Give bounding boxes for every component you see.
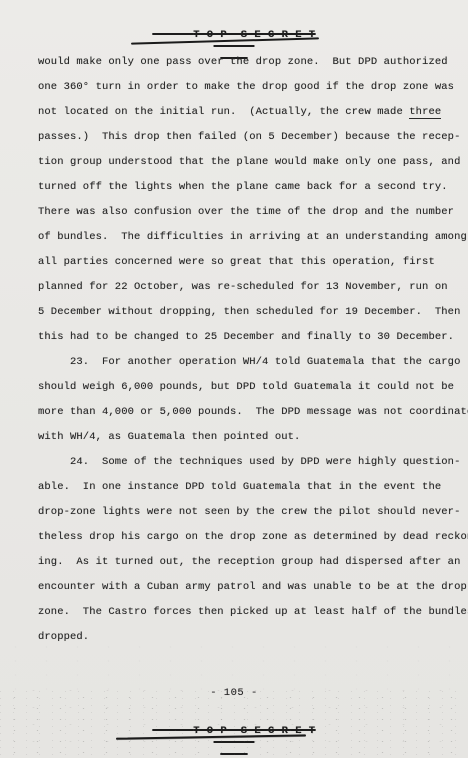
text-segment: more than 4,000 or 5,000 pounds. The DPD… <box>38 406 468 418</box>
text-segment: encounter with a Cuban army patrol and w… <box>38 581 467 593</box>
text-line: more than 4,000 or 5,000 pounds. The DPD… <box>38 400 468 425</box>
text-line: should weigh 6,000 pounds, but DPD told … <box>38 375 468 400</box>
text-line: one 360° turn in order to make the drop … <box>38 75 468 100</box>
text-line: 24. Some of the techniques used by DPD w… <box>38 450 468 475</box>
text-segment: tion group understood that the plane wou… <box>38 156 460 168</box>
text-line: able. In one instance DPD told Guatemala… <box>38 475 468 500</box>
text-segment: not located on the initial run. (Actuall… <box>38 106 409 118</box>
text-line: drop-zone lights were not seen by the cr… <box>38 500 468 525</box>
text-segment: 24. Some of the techniques used by DPD w… <box>38 456 460 468</box>
text-segment: drop-zone lights were not seen by the cr… <box>38 506 460 518</box>
text-line: not located on the initial run. (Actuall… <box>38 100 468 125</box>
text-line: dropped. <box>38 625 468 650</box>
text-segment: There was also confusion over the time o… <box>38 206 454 218</box>
text-segment: this had to be changed to 25 December an… <box>38 331 454 343</box>
text-line: turned off the lights when the plane cam… <box>38 175 468 200</box>
text-line: planned for 22 October, was re-scheduled… <box>38 275 468 300</box>
text-segment: planned for 22 October, was re-scheduled… <box>38 281 448 293</box>
text-line: ing. As it turned out, the reception gro… <box>38 550 468 575</box>
text-line: all parties concerned were so great that… <box>38 250 468 275</box>
text-line: theless drop his cargo on the drop zone … <box>38 525 468 550</box>
top-secret-stamp-bottom: T O P S E C R E T <box>152 713 315 758</box>
text-segment: passes.) This drop then failed (on 5 Dec… <box>38 131 460 143</box>
text-line: passes.) This drop then failed (on 5 Dec… <box>38 125 468 150</box>
underlined-word: three <box>409 106 441 119</box>
text-segment: turned off the lights when the plane cam… <box>38 181 448 193</box>
text-segment: 5 December without dropping, then schedu… <box>38 306 460 318</box>
text-segment: of bundles. The difficulties in arriving… <box>38 231 467 243</box>
text-segment: should weigh 6,000 pounds, but DPD told … <box>38 381 454 393</box>
text-line: would make only one pass over the drop z… <box>38 50 468 75</box>
strikethrough-line-bottom <box>116 734 306 740</box>
text-line: with WH/4, as Guatemala then pointed out… <box>38 425 468 450</box>
page-number: - 105 - <box>0 687 468 699</box>
text-segment: one 360° turn in order to make the drop … <box>38 81 454 93</box>
text-segment: dropped. <box>38 631 89 643</box>
text-segment: able. In one instance DPD told Guatemala… <box>38 481 441 493</box>
text-segment: theless drop his cargo on the drop zone … <box>38 531 468 543</box>
text-line: 5 December without dropping, then schedu… <box>38 300 468 325</box>
text-segment: would make only one pass over the drop z… <box>38 56 448 68</box>
text-line: encounter with a Cuban army patrol and w… <box>38 575 468 600</box>
classification-footer: T O P S E C R E T <box>0 713 468 758</box>
text-segment: 23. For another operation WH/4 told Guat… <box>38 356 460 368</box>
text-segment: all parties concerned were so great that… <box>38 256 435 268</box>
text-line: zone. The Castro forces then picked up a… <box>38 600 468 625</box>
text-line: of bundles. The difficulties in arriving… <box>38 225 468 250</box>
text-segment: zone. The Castro forces then picked up a… <box>38 606 468 618</box>
text-line: 23. For another operation WH/4 told Guat… <box>38 350 468 375</box>
document-page: T O P S E C R E T would make only one pa… <box>0 0 468 758</box>
document-body: would make only one pass over the drop z… <box>38 50 468 650</box>
text-line: tion group understood that the plane wou… <box>38 150 468 175</box>
text-segment: ing. As it turned out, the reception gro… <box>38 556 460 568</box>
text-segment: with WH/4, as Guatemala then pointed out… <box>38 431 300 443</box>
text-line: There was also confusion over the time o… <box>38 200 468 225</box>
text-line: this had to be changed to 25 December an… <box>38 325 468 350</box>
